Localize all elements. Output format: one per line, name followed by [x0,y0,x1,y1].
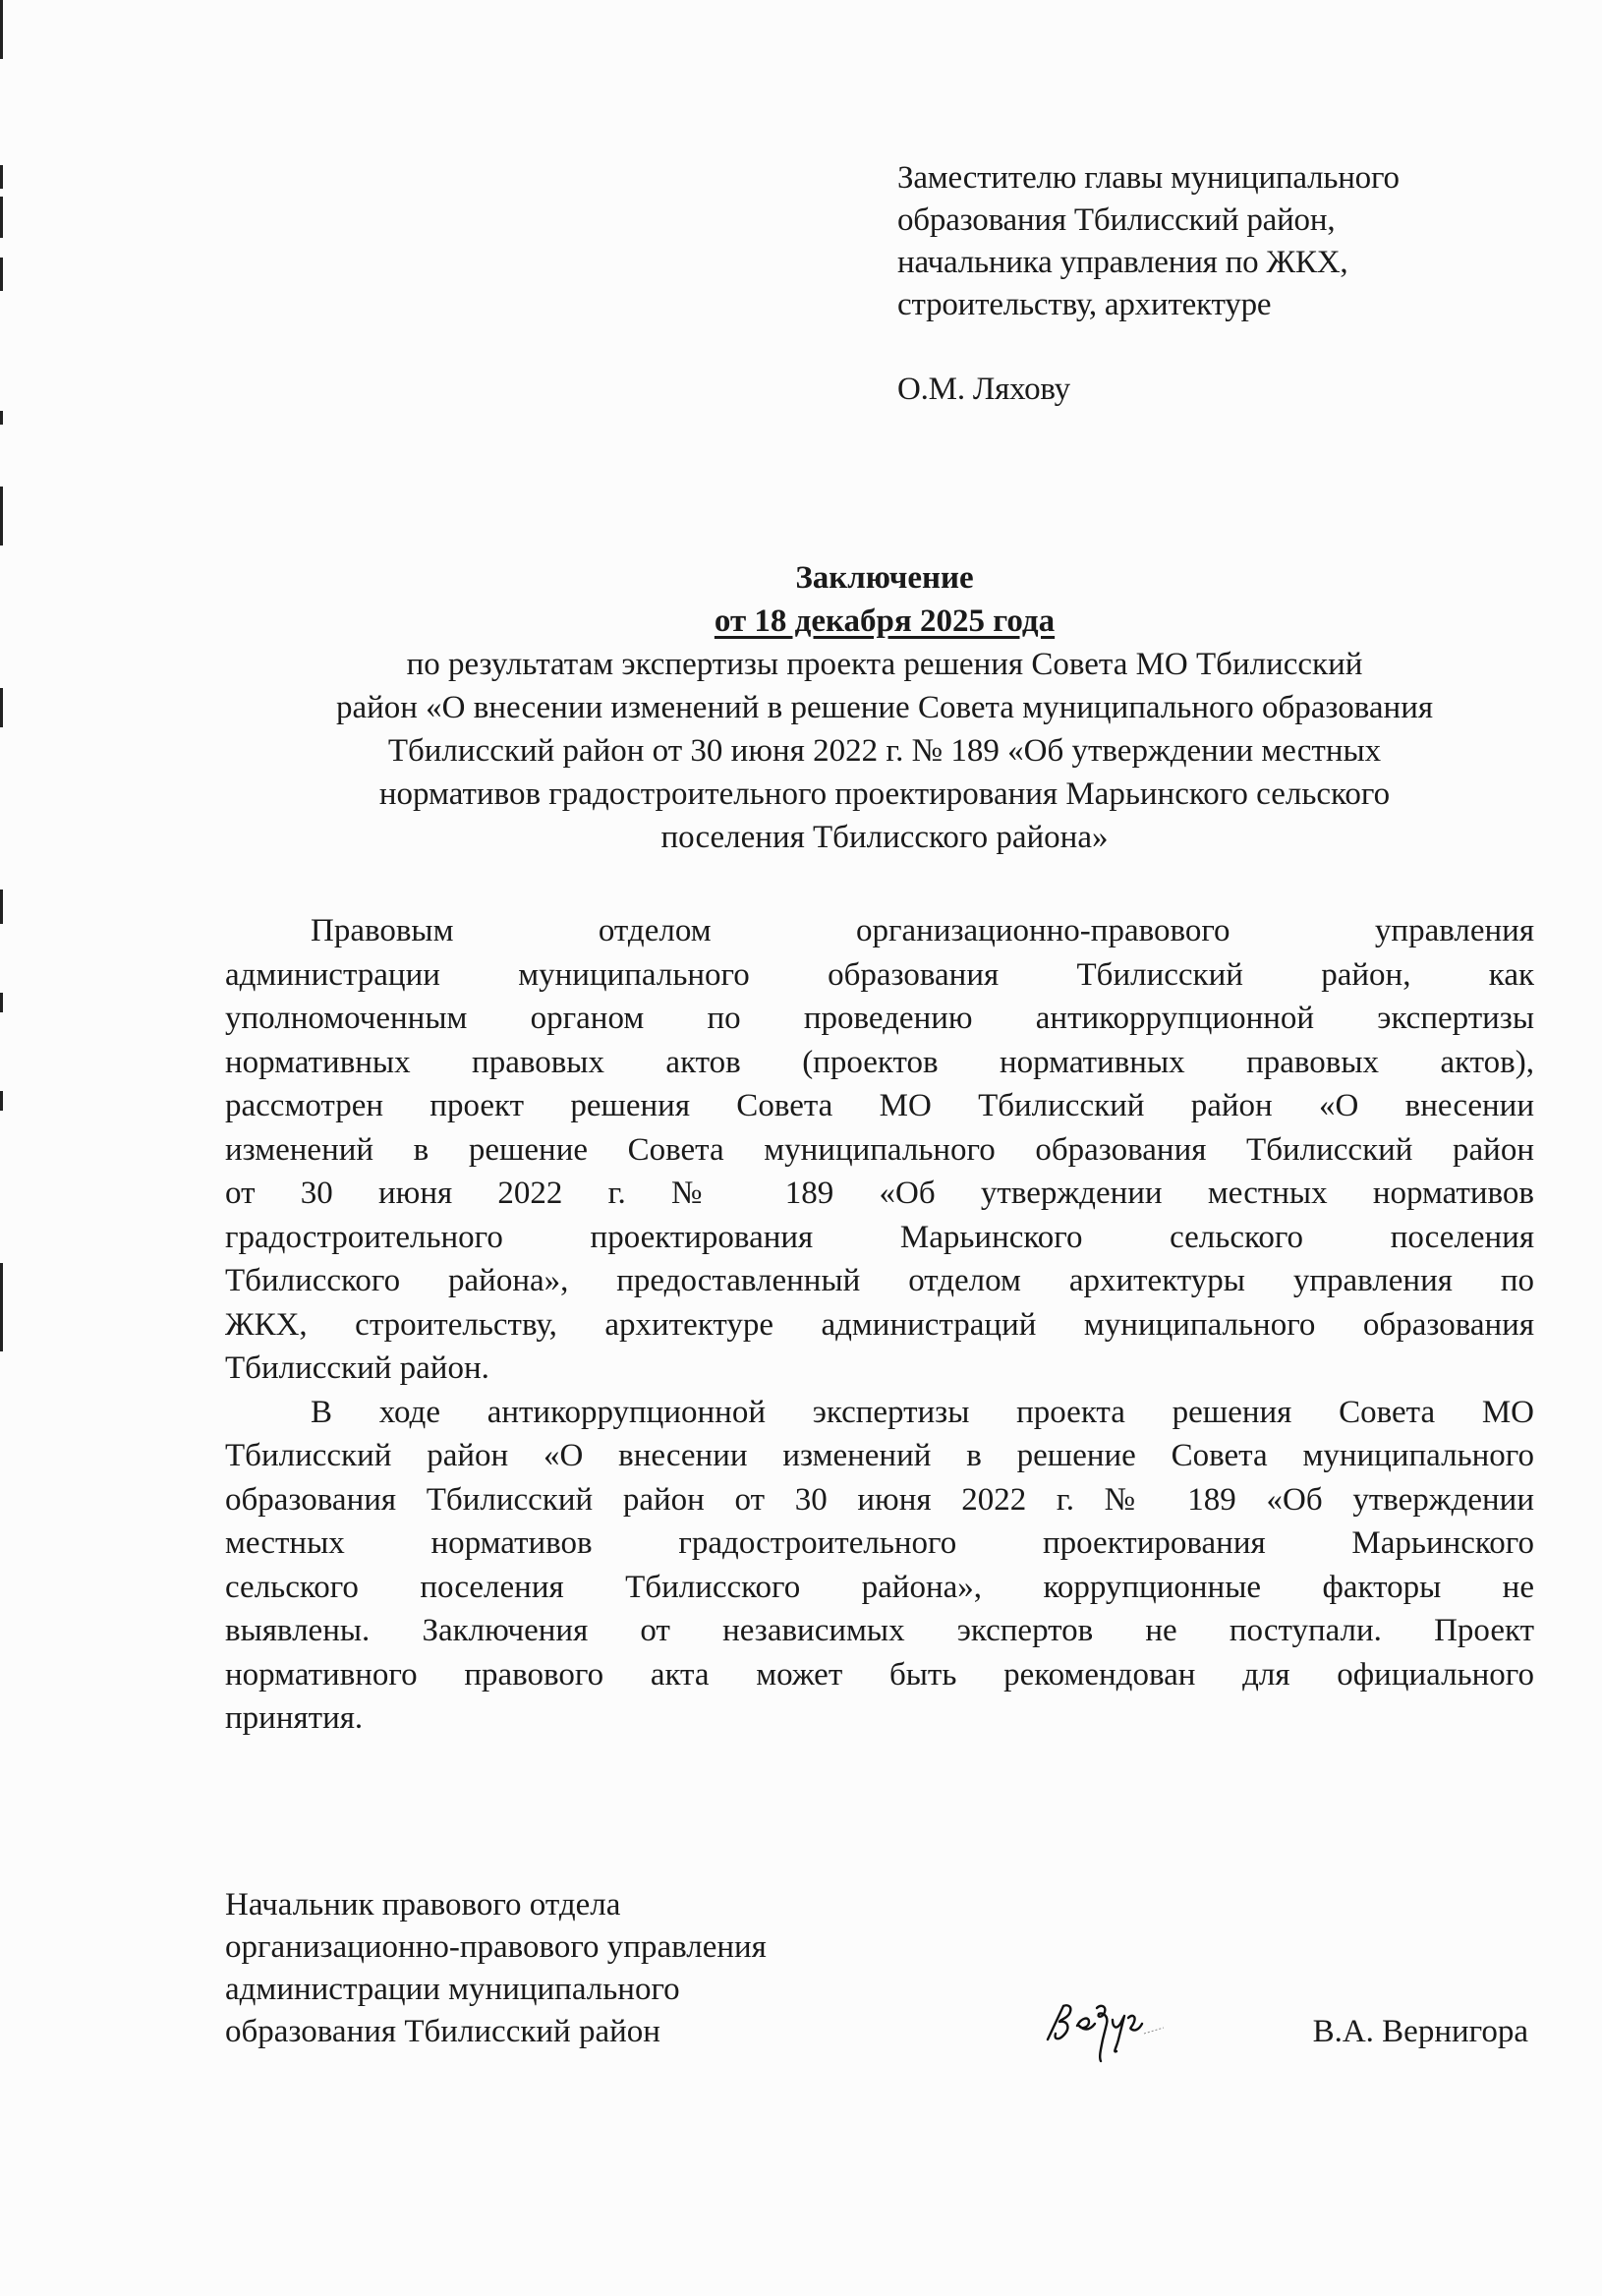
paragraph-line: изменений в решение Совета муниципальног… [225,1128,1534,1173]
paragraph-line: от 30 июня 2022 г. № 189 «Об утверждении… [225,1172,1534,1216]
document-page: Заместителю главы муниципального образов… [0,0,1602,2296]
paragraph-line: нормативного правового акта может быть р… [225,1653,1534,1697]
addressee-line: строительству, архитектуре [897,284,1566,326]
paragraph-line: принятия. [225,1696,1534,1741]
subject-line: по результатам экспертизы проекта решени… [226,643,1543,686]
scan-edge-mark [0,487,3,545]
paragraph-line: В ходе антикоррупционной экспертизы прое… [225,1391,1534,1435]
document-subject: по результатам экспертизы проекта решени… [226,643,1543,859]
scan-edge-mark [0,258,3,291]
paragraph-line: Тбилисского района», предоставленный отд… [225,1259,1534,1303]
scan-edge-mark [0,0,3,59]
signer-position-line: администрации муниципального [225,1969,1542,2011]
body-paragraph-review: Правовым отделом организационно-правовог… [225,909,1534,1391]
paragraph-line: образования Тбилисский район от 30 июня … [225,1478,1534,1522]
addressee-block: Заместителю главы муниципального образов… [897,157,1566,411]
addressee-line: образования Тбилисский район, [897,200,1566,242]
subject-line: Тбилисский район от 30 июня 2022 г. № 18… [226,729,1543,773]
scan-edge-mark [0,1091,3,1111]
signer-position-line: Начальник правового отдела [225,1884,1542,1926]
subject-line: район «О внесении изменений в решение Со… [226,686,1543,729]
scan-edge-mark [0,890,3,924]
scan-edge-mark [0,688,3,727]
signer-position-line: организационно-правового управления [225,1926,1542,1969]
paragraph-line: Тбилисский район. [225,1347,1534,1391]
paragraph-line: ЖКХ, строительству, архитектуре админист… [225,1303,1534,1348]
scan-edge-mark [0,165,3,189]
paragraph-line: Правовым отделом организационно-правовог… [225,909,1534,953]
scan-edge-mark [0,197,3,238]
handwritten-signature [1034,2000,1172,2069]
paragraph-line: сельского поселения Тбилисского района»,… [225,1566,1534,1610]
paragraph-line: выявлены. Заключения от независимых эксп… [225,1609,1534,1653]
document-date: от 18 декабря 2025 года [715,600,1055,643]
signature-block: Начальник правового отдела организационн… [225,1884,1542,2061]
paragraph-line: рассмотрен проект решения Совета МО Тбил… [225,1084,1534,1128]
paragraph-line: уполномоченным органом по проведению ант… [225,997,1534,1041]
paragraph-line: Тбилисский район «О внесении изменений в… [225,1434,1534,1478]
subject-line: нормативов градостроительного проектиров… [226,773,1543,816]
paragraph-line: администрации муниципального образования… [225,953,1534,998]
scan-edge-mark [0,993,3,1012]
signer-name: В.А. Вернигора [1313,2011,1528,2053]
paragraph-line: градостроительного проектирования Марьин… [225,1216,1534,1260]
addressee-name: О.М. Ляхову [897,369,1566,411]
document-header: Заключение от 18 декабря 2025 года по ре… [226,556,1543,859]
scan-edge-mark [0,1263,3,1351]
paragraph-line: местных нормативов градостроительного пр… [225,1521,1534,1566]
document-body: Правовым отделом организационно-правовог… [225,909,1534,1741]
subject-line: поселения Тбилисского района» [226,816,1543,859]
scan-edge-mark [0,411,3,425]
addressee-line: начальника управления по ЖКХ, [897,242,1566,284]
addressee-line: Заместителю главы муниципального [897,157,1566,200]
document-title: Заключение [226,556,1543,600]
body-paragraph-conclusion: В ходе антикоррупционной экспертизы прое… [225,1391,1534,1741]
paragraph-line: нормативных правовых актов (проектов нор… [225,1041,1534,1085]
